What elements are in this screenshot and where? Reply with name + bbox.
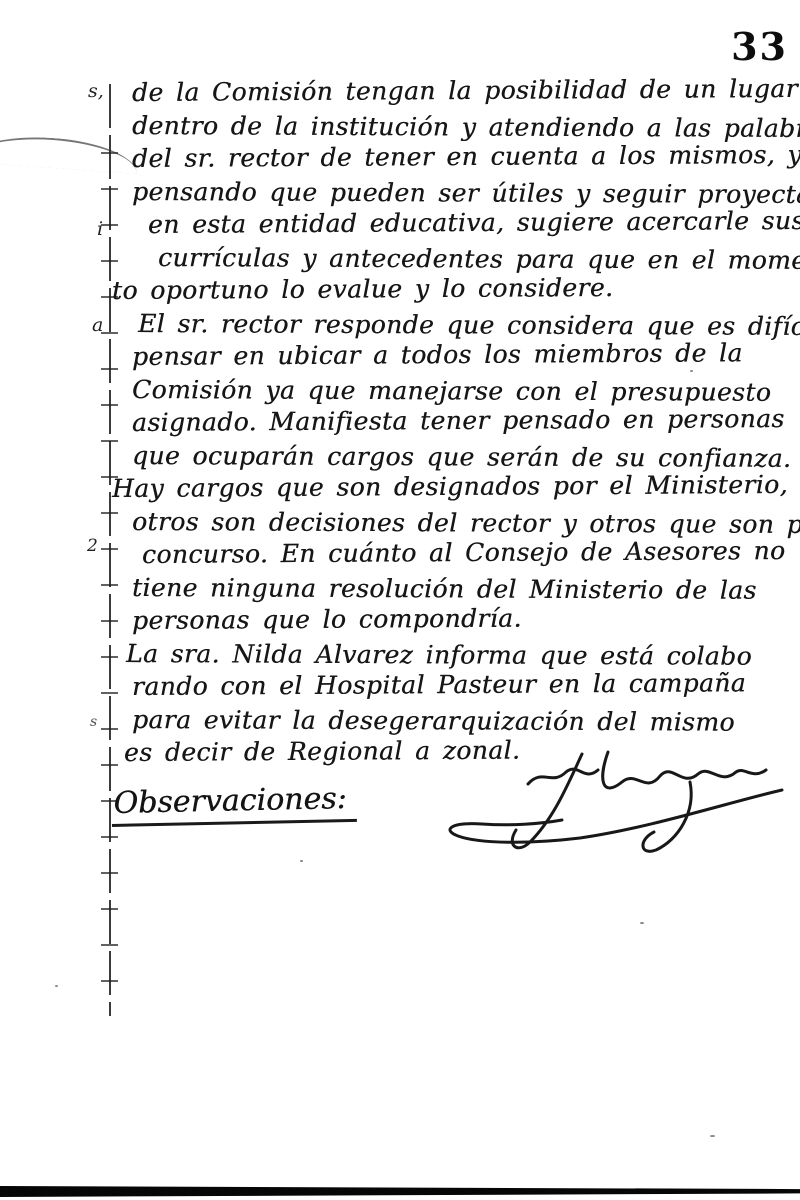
handwritten-text-block: de la Comisión tengan la posibilidad de … xyxy=(132,76,800,769)
observations-heading: Observaciones: xyxy=(111,781,357,827)
scan-speckle xyxy=(710,1135,715,1137)
handwritten-line: asignado. Manifiesta tener pensado en pe… xyxy=(132,402,800,439)
margin-mark: s xyxy=(90,714,97,730)
handwritten-line: pensar en ubicar a todos los miembros de… xyxy=(132,336,800,373)
handwritten-line: del sr. rector de tener en cuenta a los … xyxy=(132,138,800,175)
scan-speckle xyxy=(55,985,58,987)
scan-artifact-curve xyxy=(0,132,139,174)
handwritten-line: concurso. En cuánto al Consejo de Asesor… xyxy=(142,534,800,571)
margin-mark: s, xyxy=(88,80,104,102)
margin-mark: 2 xyxy=(87,536,98,556)
handwritten-line: de la Comisión tengan la posibilidad de … xyxy=(132,72,800,109)
scan-edge-band xyxy=(0,1185,800,1197)
scanned-document-page: 33 s, i a 2 s de la Comisión tengan la p… xyxy=(0,0,800,1200)
handwritten-line: Hay cargos que son designados por el Min… xyxy=(112,467,800,505)
margin-tick-marks xyxy=(101,118,118,1002)
signature-flourish xyxy=(430,740,792,860)
handwritten-line: en esta entidad educativa, sugiere acerc… xyxy=(148,204,800,241)
handwritten-line: personas que lo compondría. xyxy=(132,600,800,637)
margin-mark: a xyxy=(92,314,103,336)
handwritten-line: rando con el Hospital Pasteur en la camp… xyxy=(132,666,800,703)
scan-speckle xyxy=(690,370,693,372)
page-number: 33 xyxy=(731,24,788,69)
handwritten-line: to oportuno lo evalue y lo considere. xyxy=(112,269,800,307)
scan-speckle xyxy=(300,860,303,862)
margin-mark: i xyxy=(97,218,103,240)
signature xyxy=(430,740,792,860)
scan-speckle xyxy=(640,922,644,924)
